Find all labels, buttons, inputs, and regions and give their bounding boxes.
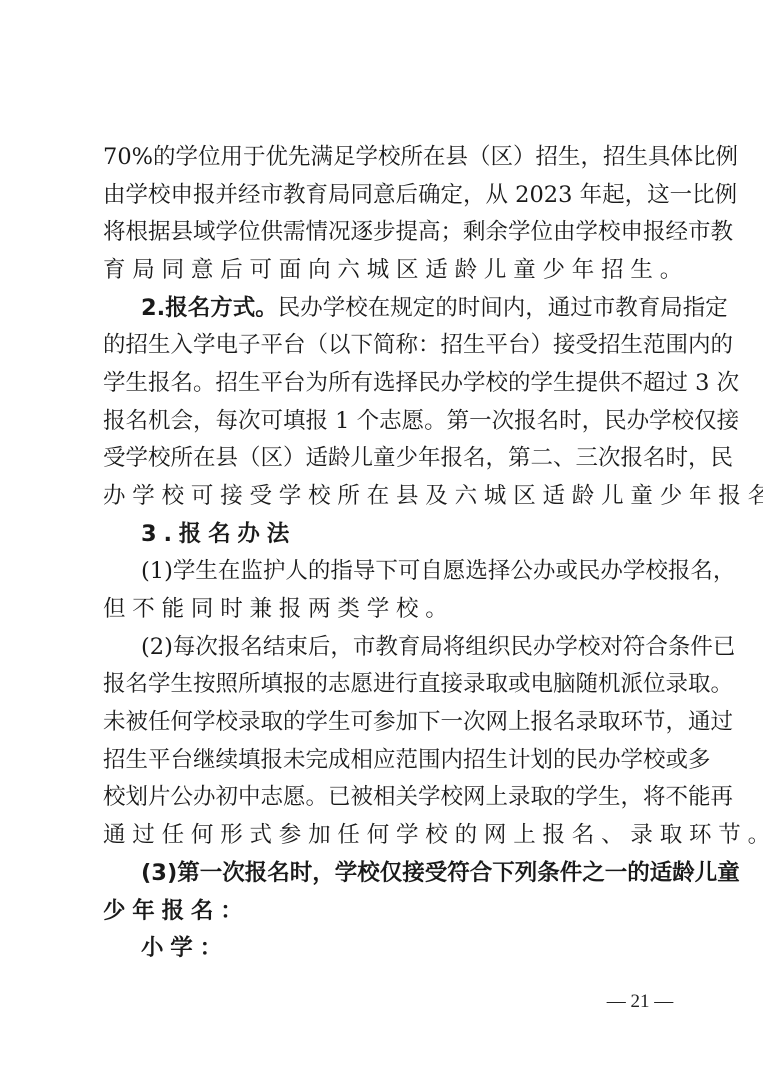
text-line: 由学校申报并经市教育局同意后确定，从 2023 年起，这一比例 [103,180,670,210]
text-line: 校划片公办初中志愿。已被相关学校网上录取的学生，将不能再 [103,782,670,812]
text-line: 学生报名。招生平台为所有选择民办学校的学生提供不超过 3 次 [103,368,670,398]
text-line: 但不能同时兼报两类学校。 [103,594,670,624]
text-line: (2)每次报名结束后，市教育局将组织民办学校对符合条件已 [141,632,670,662]
text-line: 报名机会，每次可填报 1 个志愿。第一次报名时，民办学校仅接 [103,406,670,436]
text-line: 办学校可接受学校所在县及六城区适龄儿童少年报名。 [103,481,670,511]
text-line-bold: 少年报名： [103,896,670,926]
text-line: 的招生入学电子平台（以下简称：招生平台）接受招生范围内的 [103,330,670,360]
section-2-first-line: 2.报名方式。民办学校在规定的时间内，通过市教育局指定 [141,293,670,323]
text-line: 受学校所在县（区）适龄儿童少年报名，第二、三次报名时，民 [103,443,670,473]
text-line: 招生平台继续填报未完成相应范围内招生计划的民办学校或多 [103,745,648,775]
section-heading-rules: 3.报名办法 [141,519,670,549]
text-line: 育局同意后可面向六城区适龄儿童少年招生。 [103,255,670,285]
text-line: 70%的学位用于优先满足学校所在县（区）招生，招生具体比例 [103,142,670,172]
subheading-primary: 小学： [141,933,670,963]
text-line: 通过任何形式参加任何学校的网上报名、录取环节。 [103,820,670,850]
section-heading-method: 2.报名方式。 [141,295,278,321]
page-number: — 21 — [600,989,680,1015]
text-span: 民办学校在规定的时间内，通过市教育局指定 [278,295,728,321]
document-page: 70%的学位用于优先满足学校所在县（区）招生，招生具体比例 由学校申报并经市教育… [0,0,763,1080]
text-line: 未被任何学校录取的学生可参加下一次网上报名录取环节，通过 [103,707,670,737]
text-line-bold: (3)第一次报名时，学校仅接受符合下列条件之一的适龄儿童 [141,858,670,888]
text-line: 将根据县域学位供需情况逐步提高；剩余学位由学校申报经市教 [103,217,670,247]
text-line: (1)学生在监护人的指导下可自愿选择公办或民办学校报名， [141,556,670,586]
text-line: 报名学生按照所填报的志愿进行直接录取或电脑随机派位录取。 [103,669,670,699]
